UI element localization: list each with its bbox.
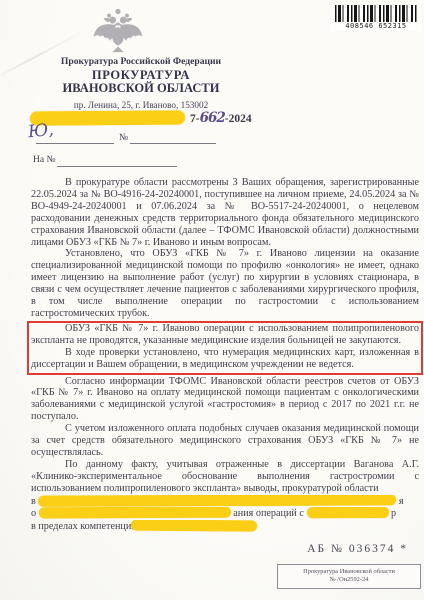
paragraph: С учетом изложенного оплата подобных слу… <box>31 423 419 459</box>
document-number-prefix: 7- <box>190 113 200 125</box>
scanned-letter-page: 408546 652315 Прокуратура Российской Фед… <box>0 0 424 600</box>
paragraph: Установлено, что ОБУЗ «ГКБ № 7» г. Ивано… <box>31 248 419 319</box>
document-number-handwritten: 662 <box>200 110 225 126</box>
barcode-digits: 408546 652315 <box>332 22 420 30</box>
redacted-line-text: р <box>391 508 396 519</box>
redacted-line-text: ания операций с <box>233 508 304 519</box>
yellow-redaction-bar <box>306 507 388 518</box>
double-headed-eagle-emblem-icon <box>92 7 144 55</box>
org-name-line2: ИВАНОВСКОЙ ОБЛАСТИ <box>0 81 282 96</box>
paragraph: Согласно информации ТФОМС Ивановской обл… <box>31 376 419 424</box>
redacted-line-text: в пределах компетенции <box>31 521 137 532</box>
paragraph: В прокуратуре области рассмотрены 3 Ваши… <box>31 177 419 248</box>
handwritten-mark: Ю, <box>27 120 55 143</box>
red-highlight-box: ОБУЗ «ГКБ № 7» г. Иваново операции с исп… <box>27 321 423 375</box>
yellow-redaction-bar <box>39 507 231 518</box>
redacted-line-text: о <box>31 508 36 519</box>
letter-body: В прокуратуре области рассмотрены 3 Ваши… <box>31 177 419 533</box>
yellow-redaction-bar <box>38 495 396 507</box>
redacted-line-text: я <box>399 496 404 507</box>
reply-reference-blank-line <box>57 166 177 167</box>
paragraph: В ходе проверки установлено, что нумерац… <box>31 347 419 371</box>
number-blank-line <box>130 143 216 144</box>
org-country-line: Прокуратура Российской Федерации <box>0 56 282 67</box>
document-number-suffix: -2024 <box>225 113 252 125</box>
stamp-number-line: № /Он2592-24 <box>280 576 418 584</box>
form-blank-number: АБ № 036374 * <box>307 543 408 555</box>
stamp-org-line: Прокуратура Ивановской области <box>280 568 418 576</box>
yellow-redaction-bar <box>131 520 257 532</box>
paragraph: По данному факту, учитывая отраженные в … <box>31 459 419 495</box>
barcode: 408546 652315 <box>331 3 421 31</box>
redacted-line: в я <box>31 495 419 508</box>
barcode-bars-icon <box>335 5 417 22</box>
org-address: пр. Ленина, 25, г. Иваново, 153002 <box>0 100 282 110</box>
document-number: 7-662-2024 <box>190 110 252 126</box>
date-blank-line <box>36 143 114 144</box>
redacted-line: о ания операций с р <box>31 507 419 520</box>
number-sign: № <box>119 133 128 143</box>
redacted-line: в пределах компетенции <box>31 520 419 533</box>
reply-reference-label: На № <box>33 155 56 165</box>
redacted-line-text: в <box>31 496 36 507</box>
registration-stamp-box: Прокуратура Ивановской области № /Он2592… <box>277 564 421 589</box>
paragraph: ОБУЗ «ГКБ № 7» г. Иваново операции с исп… <box>31 323 419 347</box>
date-number-line: 7-662-2024 <box>30 110 290 127</box>
